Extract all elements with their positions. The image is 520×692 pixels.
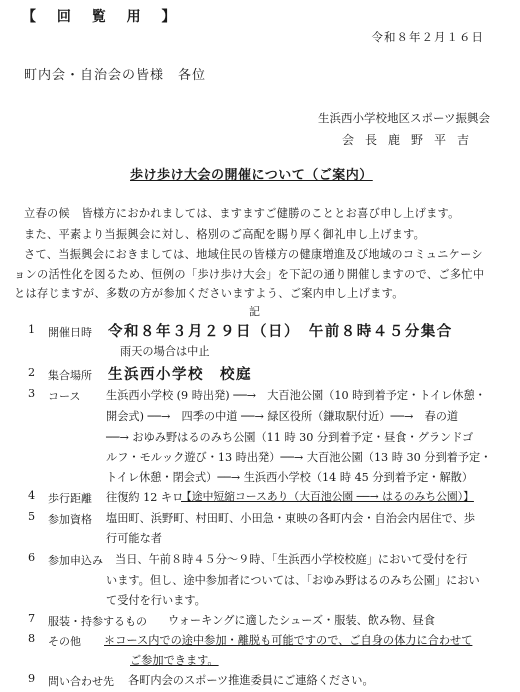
item-label: コース [48,388,80,404]
application-line: 当日、午前８時４５分～９時、「生浜西小学校校庭」において受付を行 [115,551,467,567]
application-line: います。但し、途中参加者については、「おゆみ野はるのみち公園」におい [106,572,480,588]
course-line: 生浜西小学校 (9 時出発) ──→ 大百池公園（10 時到着予定・トイレ休憩・ [106,387,486,403]
item-label: 開催日時 [48,324,92,340]
course-line: ルフ・モルック遊び・13 時出発）──→ 大百池公園（13 時 30 分到着予定… [106,449,491,465]
intro-line: ョンの活性化を図るため、恒例の「歩け歩け大会」を下記の通り開催しますので、ご多忙… [14,266,484,282]
contact-info: 各町内会のスポーツ推進委員にご連絡ください。 [128,672,374,688]
sender-organization: 生浜西小学校地区スポーツ振興会 [318,110,490,126]
intro-line: 立春の候 皆様方におかれましては、ますますご健勝のこととお喜び申し上げます。 [24,205,460,221]
sender-name: 会長鹿野平吉 [342,131,480,148]
other-note-line: ご参加できます。 [130,652,219,668]
item-label: 問い合わせ先 [48,673,114,689]
item-number: 6 [28,551,35,564]
item-number: 9 [28,672,35,685]
item-number: 4 [28,489,35,502]
short-course-note: 【途中短縮コースあり（大百池公園 ──→ はるのみち公園）】 [181,489,474,504]
other-note-line: ＊コース内での途中参加・離脱も可能ですので、ご自身の体力に合わせて [104,632,472,648]
attire-items: ウォーキングに適したシューズ・服装、飲み物、昼食 [168,612,435,628]
course-line: ──→ おゆみ野はるのみち公園（11 時 30 分到着予定・昼食・グランドゴ [106,429,473,445]
item-number: 5 [28,510,35,523]
course-line: トイレ休憩・閉会式）──→ 生浜西小学校（14 時 45 分到着予定・解散） [106,469,473,485]
meeting-place: 生浜西小学校 校庭 [108,363,252,384]
item-number: 3 [28,387,35,400]
document-date: 令和８年２月１６日 [372,29,485,45]
course-line: 開会式) ──→ 四季の中道 ──→ 緑区役所（鎌取駅付近）──→ 春の道 [106,408,458,424]
item-label: 歩行距離 [48,490,92,506]
intro-line: また、平素より当振興会に対し、格別のご高配を賜り厚く御礼申し上げます。 [24,226,425,242]
item-label: 服装・持参するもの [48,613,147,629]
item-label: 参加申込み [48,552,103,568]
item-number: 8 [28,632,35,645]
ki-heading: 記 [249,303,260,319]
event-datetime: 令和８年３月２９日（日） 午前８時４５分集合 [108,320,453,341]
item-label: 集合場所 [48,367,92,383]
eligibility-line: 塩田町、浜野町、村田町、小田急・東映の各町内会・自治会内居住で、歩 [106,510,475,526]
item-label: その他 [48,633,81,649]
rain-note: 雨天の場合は中止 [120,343,210,359]
intro-line: さて、当振興会におきましては、地域住民の皆様方の健康増進及び地域のコミュニケーシ [24,246,483,262]
intro-line: とは存じますが、多数の方が参加くださいますよう、ご案内申し上げます。 [14,285,404,301]
item-label: 参加資格 [48,511,92,527]
walking-distance: 往復約 12 キロ [106,489,183,505]
application-line: て受付を行います。 [106,592,206,608]
addressee: 町内会・自治会の皆様 各位 [24,64,206,83]
item-number: 1 [28,323,35,336]
item-number: 7 [28,612,35,625]
circulation-tag: 【 回 覧 用 】 [22,6,184,26]
item-number: 2 [28,366,35,379]
eligibility-line: 行可能な者 [106,530,162,546]
document-title: 歩け歩け大会の開催について（ご案内） [130,164,373,183]
